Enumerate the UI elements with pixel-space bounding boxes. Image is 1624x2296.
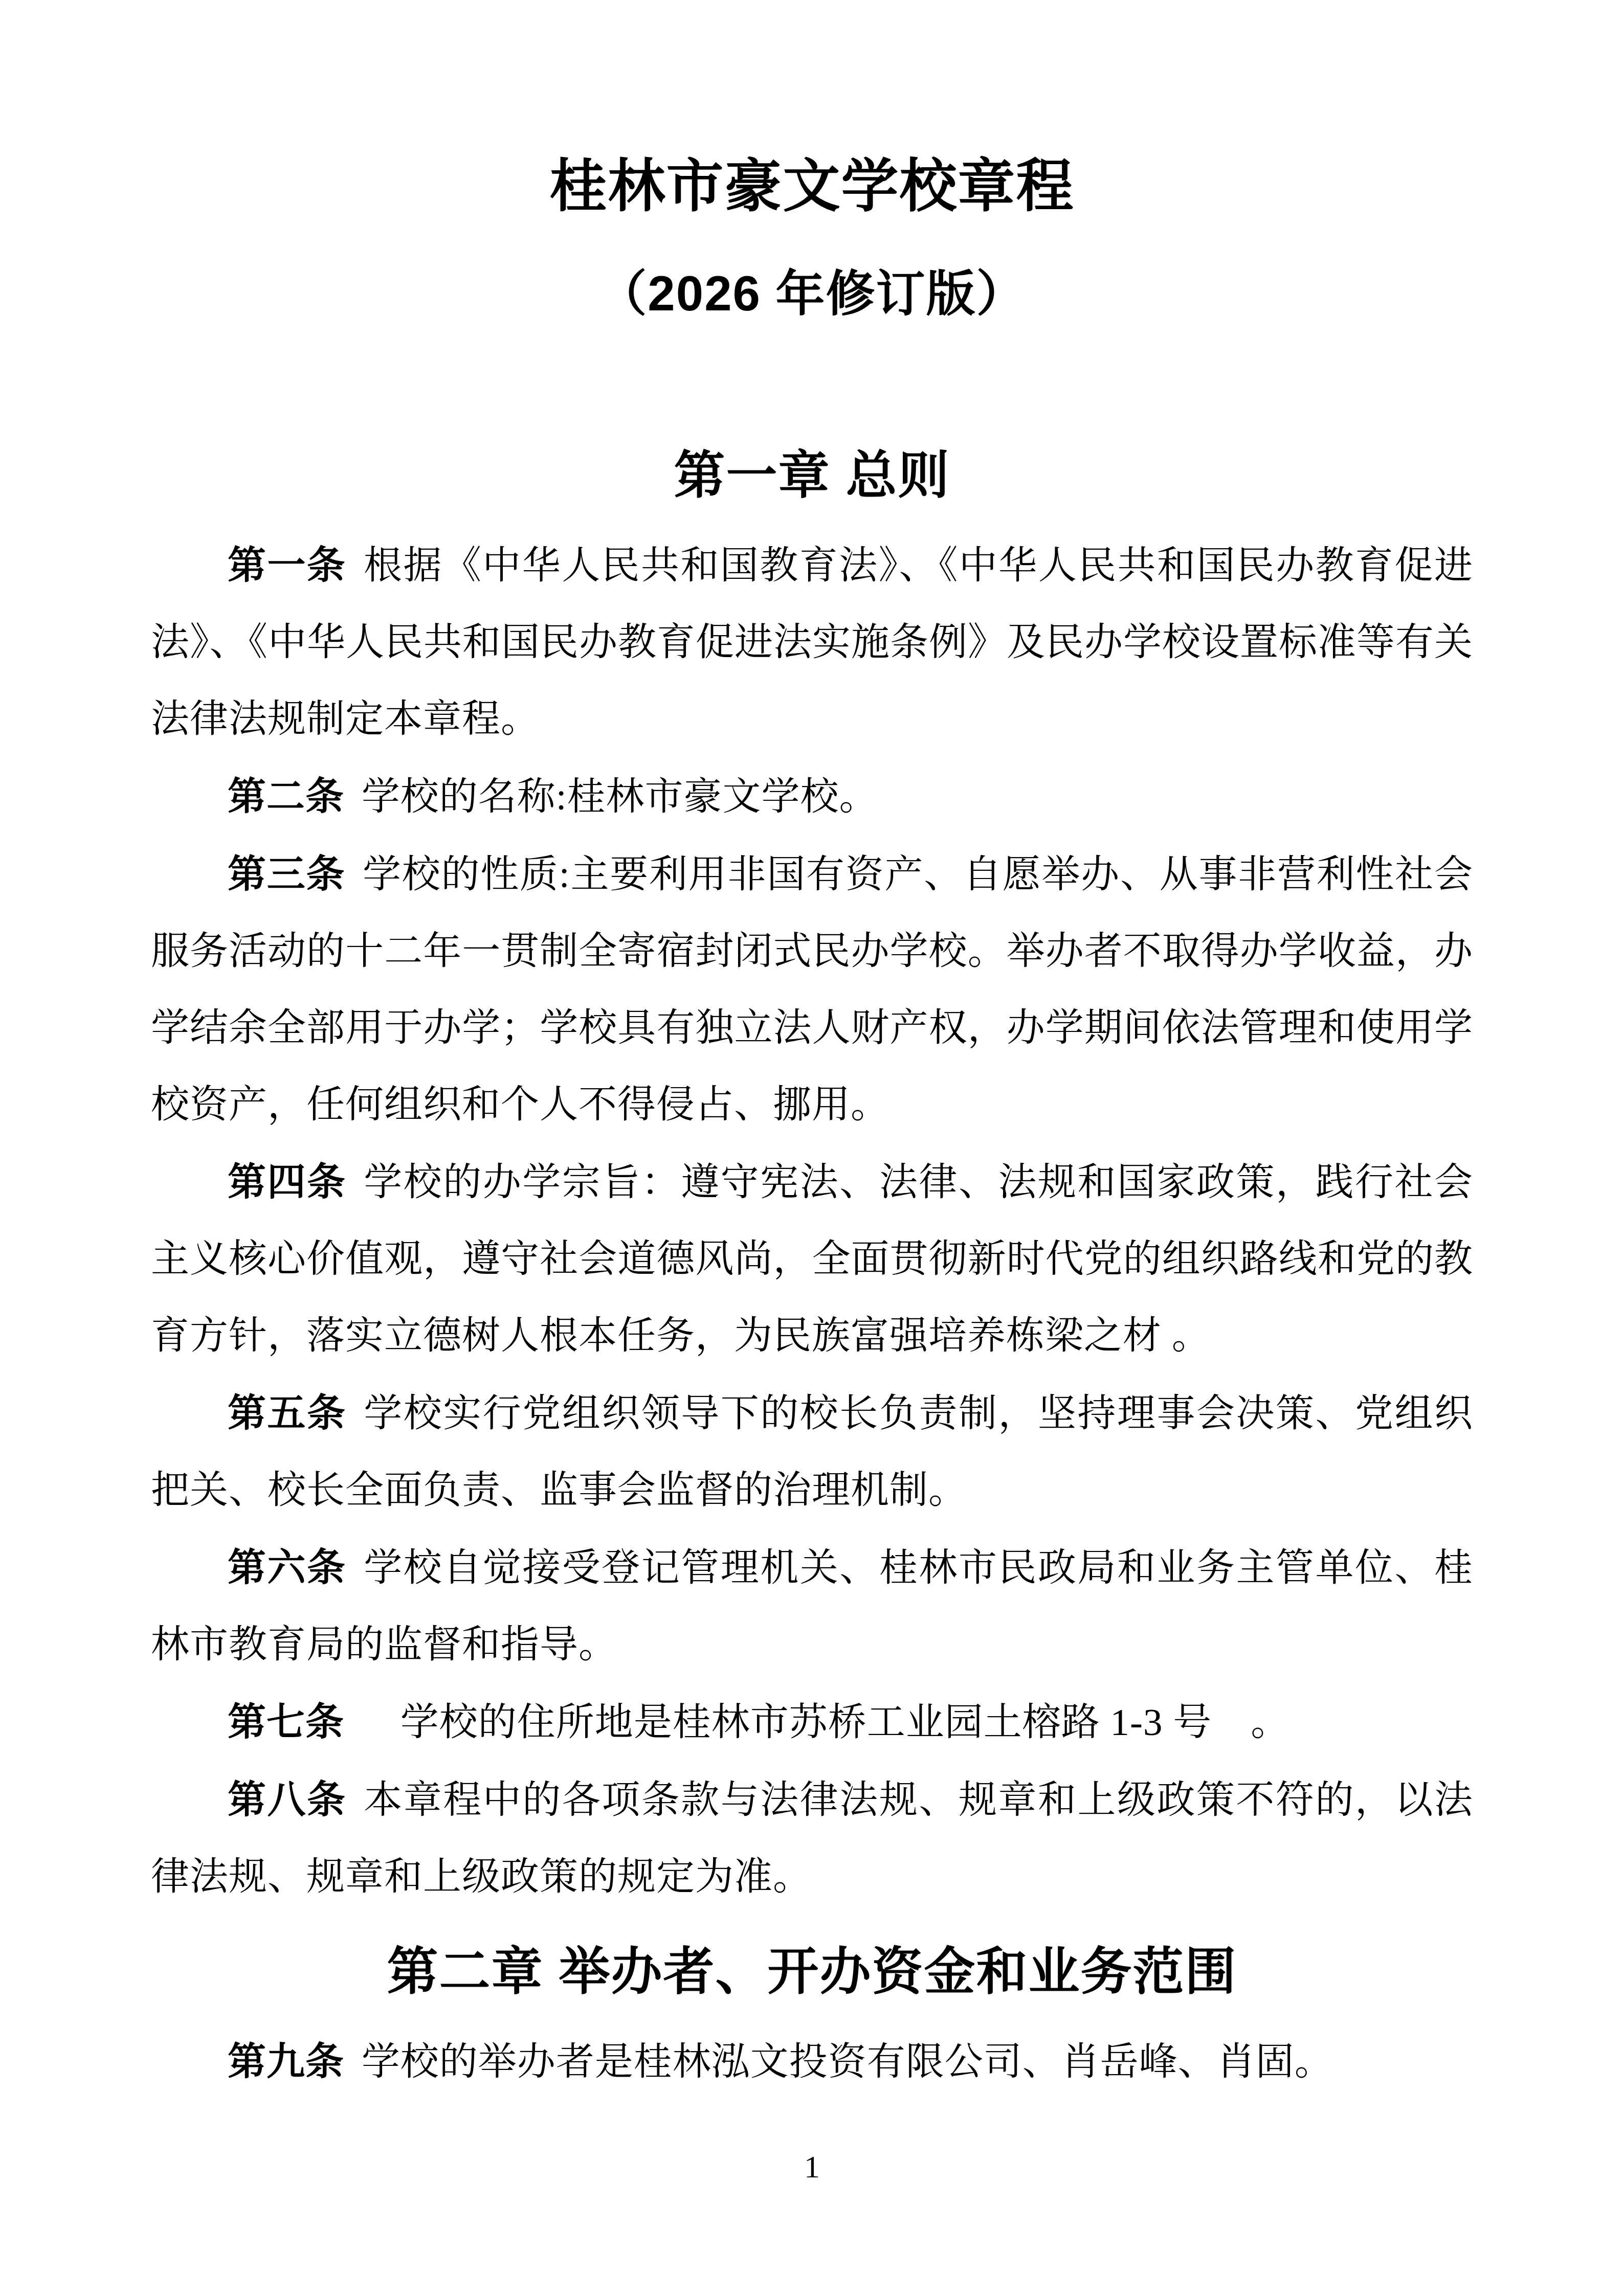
article-text: 学校的举办者是桂林泓文投资有限公司、肖岳峰、肖固。 xyxy=(362,2041,1333,2083)
chapter-1-body: 第一条根据《中华人民共和国教育法》、《中华人民共和国民办教育促进法》、《中华人民… xyxy=(151,527,1473,1916)
article-paragraph: 第三条学校的性质:主要利用非国有资产、自愿举办、从事非营利性社会服务活动的十二年… xyxy=(151,836,1473,1143)
article-label: 第八条 xyxy=(228,1778,347,1821)
article-text: 学校实行党组织领导下的校长负责制，坚持理事会决策、党组织把关、校长全面负责、监事… xyxy=(151,1392,1473,1512)
article-text: 本章程中的各项条款与法律法规、规章和上级政策不符的，以法律法规、规章和上级政策的… xyxy=(151,1779,1473,1898)
chapter-2-body: 第九条学校的举办者是桂林泓文投资有限公司、肖岳峰、肖固。 xyxy=(151,2023,1473,2101)
article-label: 第九条 xyxy=(228,2040,344,2083)
article-paragraph: 第六条学校自觉接受登记管理机关、桂林市民政局和业务主管单位、桂林市教育局的监督和… xyxy=(151,1529,1473,1683)
article-paragraph: 第八条本章程中的各项条款与法律法规、规章和上级政策不符的，以法律法规、规章和上级… xyxy=(151,1761,1473,1916)
article-label: 第五条 xyxy=(228,1391,347,1434)
page-title: 桂林市豪文学校章程 xyxy=(151,148,1473,225)
article-text: 学校的名称:桂林市豪文学校。 xyxy=(362,776,878,818)
article-label: 第七条 xyxy=(228,1700,344,1743)
article-paragraph: 第二条学校的名称:桂林市豪文学校。 xyxy=(151,758,1473,836)
document-page: 桂林市豪文学校章程 （2026 年修订版） 第一章 总则 第一条根据《中华人民共… xyxy=(0,0,1624,2296)
article-label: 第二条 xyxy=(228,775,344,818)
article-text: 学校自觉接受登记管理机关、桂林市民政局和业务主管单位、桂林市教育局的监督和指导。 xyxy=(151,1547,1473,1666)
article-label: 第六条 xyxy=(228,1546,347,1589)
chapter-1-heading: 第一章 总则 xyxy=(151,435,1473,516)
article-paragraph: 第七条 学校的住所地是桂林市苏桥工业园土榕路 1-3 号 。 xyxy=(151,1683,1473,1761)
article-paragraph: 第一条根据《中华人民共和国教育法》、《中华人民共和国民办教育促进法》、《中华人民… xyxy=(151,527,1473,758)
article-paragraph: 第五条学校实行党组织领导下的校长负责制，坚持理事会决策、党组织把关、校长全面负责… xyxy=(151,1375,1473,1529)
chapter-2-heading: 第二章 举办者、开办资金和业务范围 xyxy=(151,1931,1473,2013)
article-label: 第四条 xyxy=(228,1160,347,1203)
article-text: 学校的性质:主要利用非国有资产、自愿举办、从事非营利性社会服务活动的十二年一贯制… xyxy=(151,853,1473,1126)
article-paragraph: 第九条学校的举办者是桂林泓文投资有限公司、肖岳峰、肖固。 xyxy=(151,2023,1473,2101)
article-paragraph: 第四条学校的办学宗旨：遵守宪法、法律、法规和国家政策，践行社会主义核心价值观，遵… xyxy=(151,1143,1473,1375)
page-subtitle: （2026 年修订版） xyxy=(151,256,1473,332)
article-label: 第三条 xyxy=(228,852,345,895)
article-text: 根据《中华人民共和国教育法》、《中华人民共和国民办教育促进法》、《中华人民共和国… xyxy=(151,545,1473,740)
article-text: 学校的办学宗旨：遵守宪法、法律、法规和国家政策，践行社会主义核心价值观，遵守社会… xyxy=(151,1161,1473,1357)
article-text: 学校的住所地是桂林市苏桥工业园土榕路 1-3 号 。 xyxy=(362,1701,1289,1744)
article-label: 第一条 xyxy=(228,544,346,587)
page-number: 1 xyxy=(151,2147,1473,2188)
